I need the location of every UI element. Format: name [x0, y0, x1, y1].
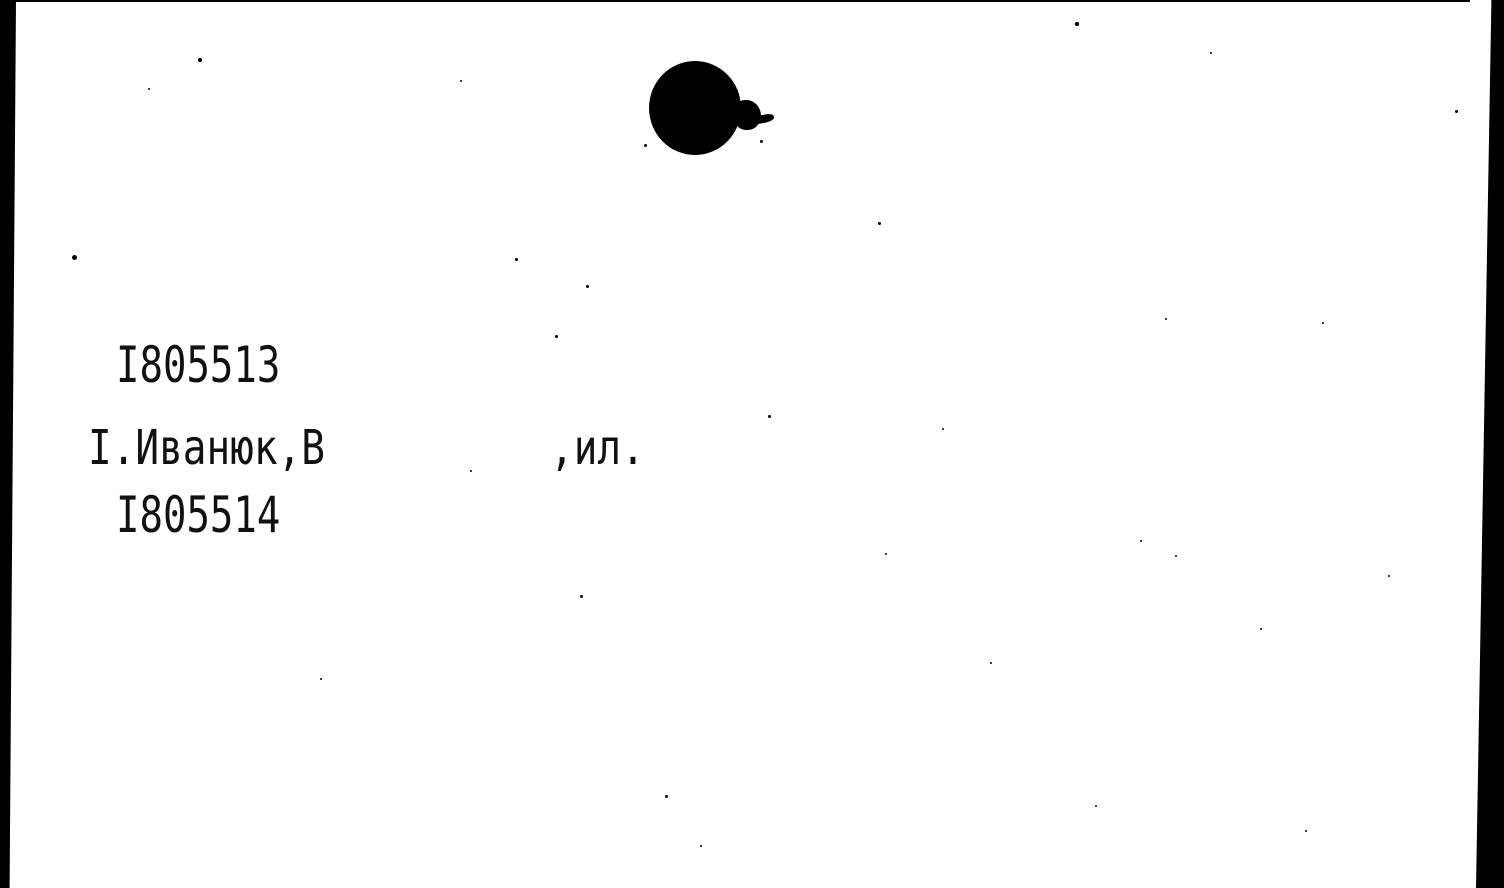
scan-speck — [1260, 628, 1262, 630]
scan-speck — [1140, 540, 1142, 542]
scan-speck — [878, 222, 881, 225]
scan-speck — [1322, 322, 1324, 324]
author-entry: I.Иванюк,В — [88, 420, 325, 476]
ink-blot — [733, 100, 761, 130]
scan-speck — [990, 662, 992, 664]
punch-hole-icon — [649, 61, 741, 155]
scan-speck — [1095, 805, 1097, 807]
scan-speck — [1165, 318, 1167, 320]
scan-speck — [768, 415, 771, 418]
catalog-card: I805513 I805514 I.Иванюк,В ,ил. — [0, 0, 1504, 888]
scan-speck — [760, 140, 763, 143]
illustrations-note: ,ил. — [550, 420, 645, 476]
scan-speck — [1175, 555, 1177, 557]
scan-speck — [198, 58, 202, 62]
scan-speck — [515, 258, 518, 261]
scan-speck — [148, 88, 150, 90]
scan-border-top — [0, 0, 1470, 2]
call-number-2: I805514 — [116, 490, 280, 540]
scan-speck — [555, 335, 558, 338]
scan-speck — [1075, 22, 1079, 26]
scan-speck — [320, 678, 322, 680]
call-number-1: I805513 — [116, 340, 280, 390]
scan-speck — [460, 80, 462, 82]
scan-speck — [1455, 110, 1458, 113]
scan-border-left — [0, 0, 16, 888]
scan-speck — [586, 285, 589, 288]
scan-speck — [1210, 52, 1212, 54]
scan-speck — [644, 144, 647, 147]
scan-speck — [700, 845, 702, 847]
scan-speck — [1305, 830, 1307, 832]
scan-speck — [942, 428, 944, 430]
scan-border-right — [1476, 0, 1504, 888]
scan-speck — [580, 595, 583, 598]
scan-speck — [885, 553, 887, 555]
scan-speck — [470, 470, 472, 472]
scan-speck — [665, 795, 668, 798]
scan-speck — [1388, 575, 1390, 577]
scan-speck — [72, 255, 77, 260]
